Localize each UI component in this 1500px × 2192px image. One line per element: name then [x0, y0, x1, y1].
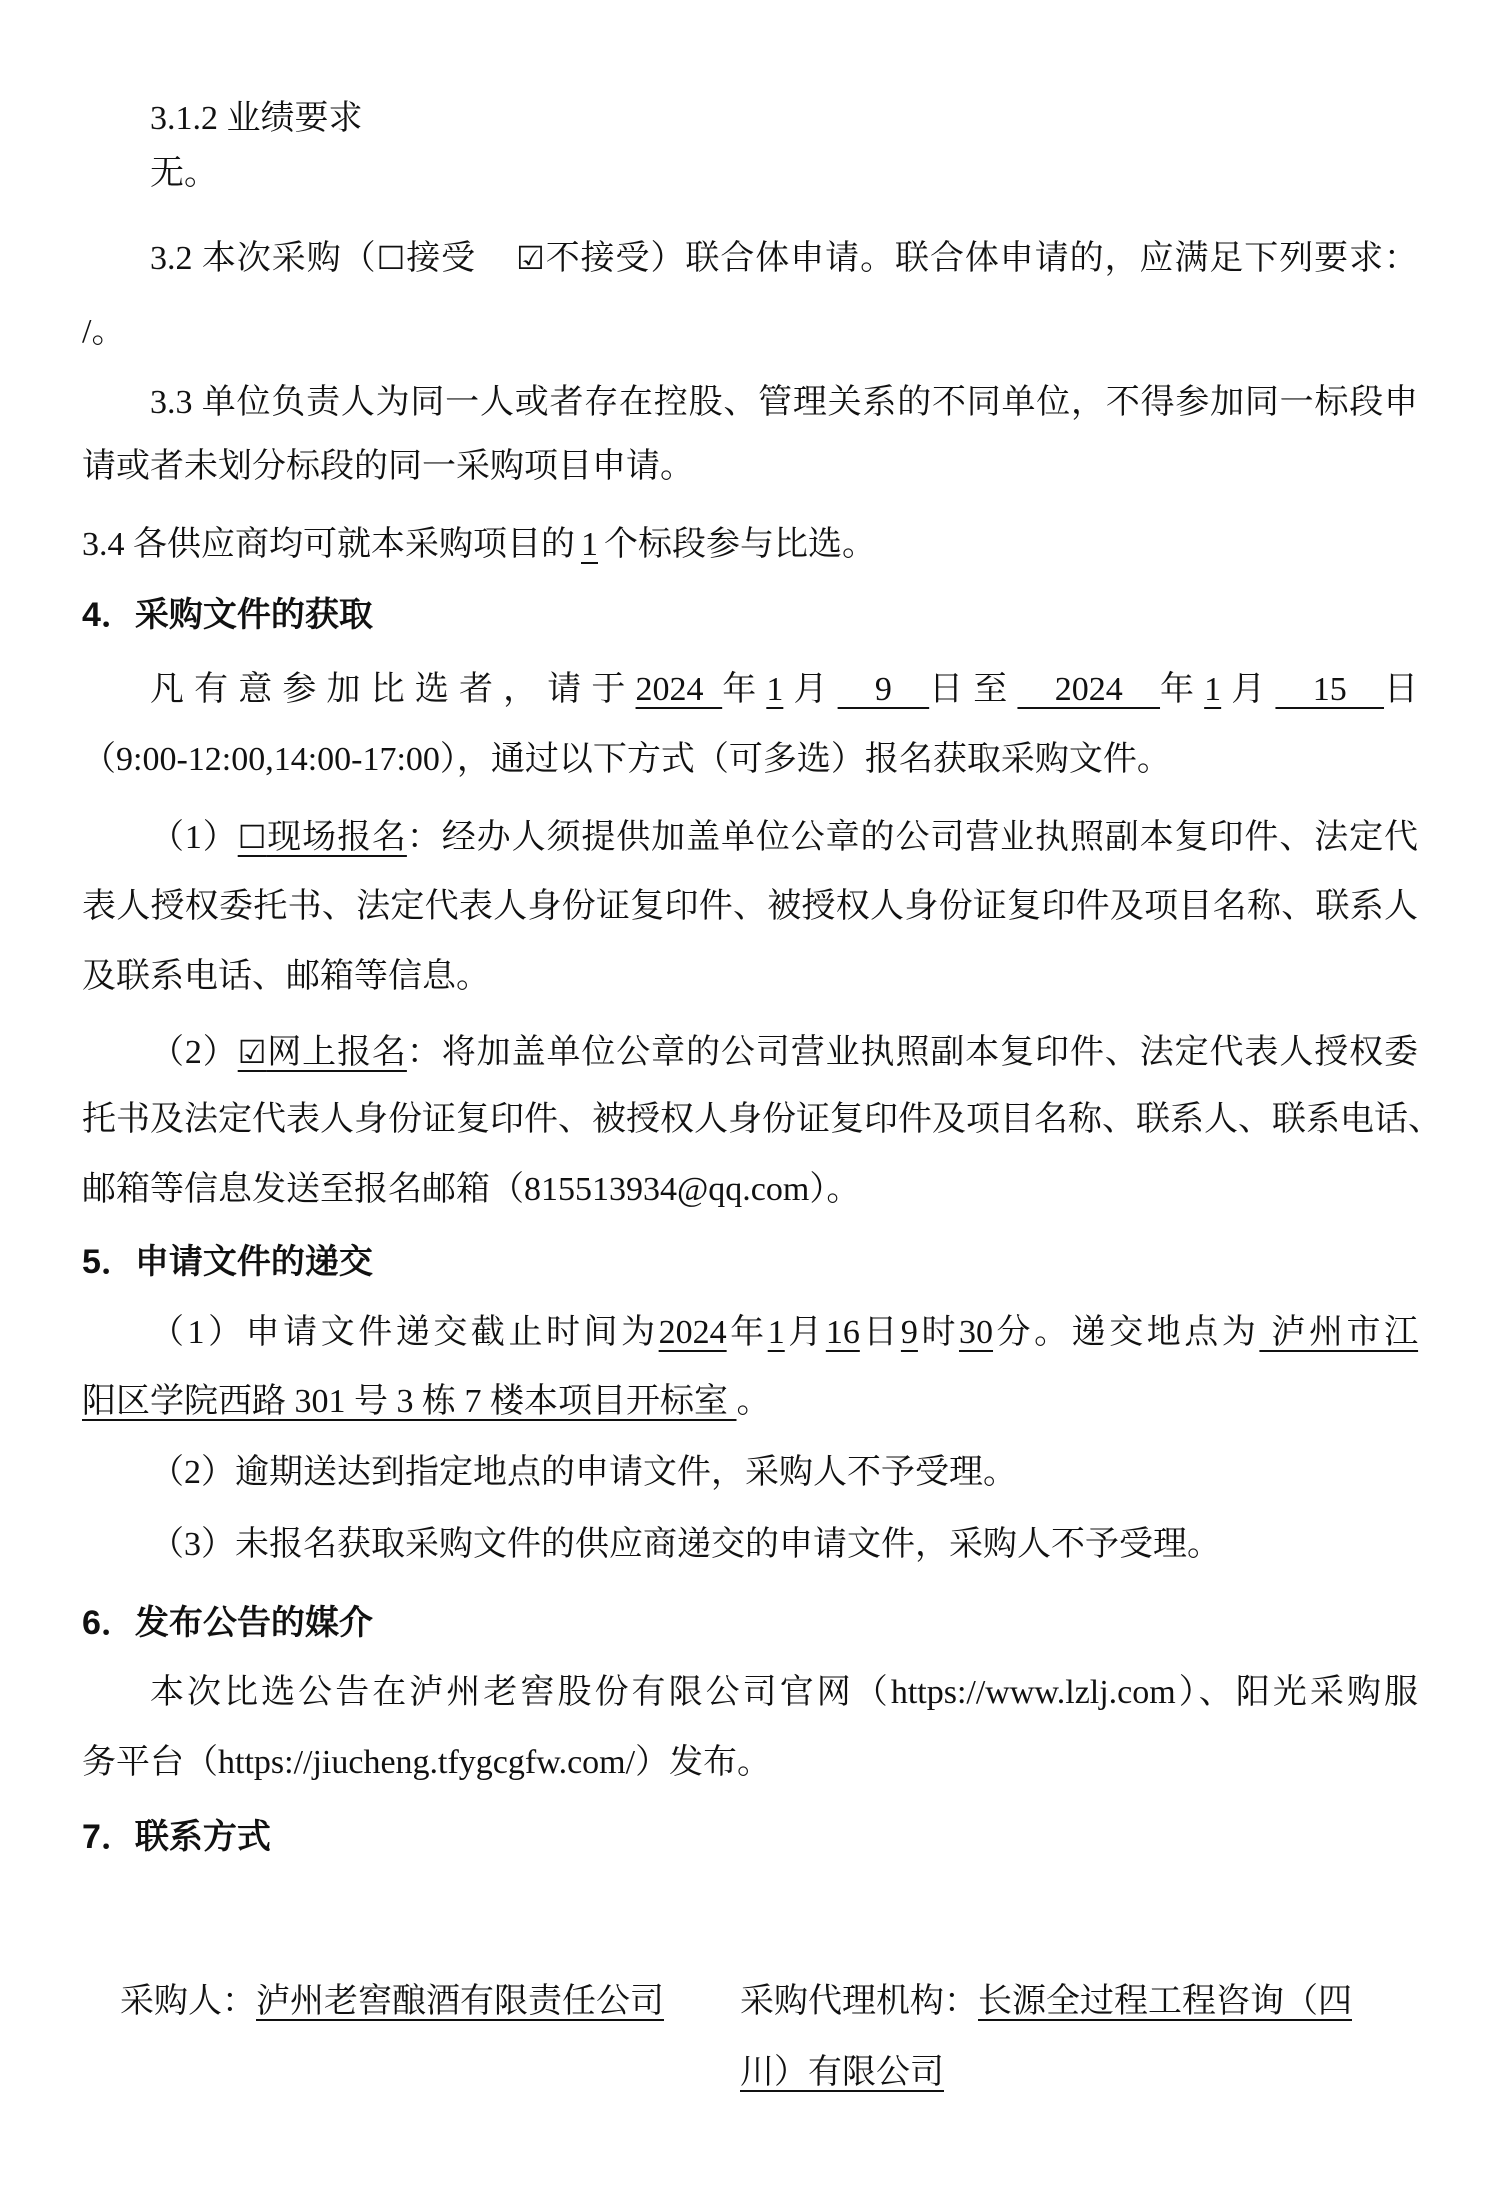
method-2-title: 网上报名: [266, 1034, 407, 1071]
official-site-url: https://www.lzlj.com: [891, 1674, 1176, 1711]
section-5-heading: 5．申请文件的递交: [82, 1227, 373, 1297]
agency-line-2: 川）有限公司: [740, 2038, 944, 2108]
clause-3-1-2-body: 无。: [150, 139, 218, 209]
option-reject-label: 不接受: [545, 240, 651, 277]
year-unit: 年: [722, 671, 766, 708]
checkbox-unchecked-icon: ☐: [377, 239, 406, 277]
purchaser-label: 采购人：: [120, 1983, 256, 2020]
unregistered-text: 未报名获取采购文件的供应商递交的申请文件，采购人不予受理。: [235, 1526, 1221, 1563]
method-1-text-1: ：经办人须提供加盖单位公章的公司营业执照副本复印件、法定代: [407, 819, 1418, 856]
month-unit-2: 月: [1221, 671, 1275, 708]
unregistered-line: （3）未报名获取采购文件的供应商递交的申请文件，采购人不予受理。: [150, 1510, 1221, 1580]
media-line-1-lead: 本次比选公告在泸州老窖股份有限公司官网（: [150, 1674, 891, 1711]
method-2-text-2: 托书及法定代表人身份证复印件、被授权人身份证复印件及项目名称、联系人、联系电话、: [82, 1101, 1442, 1138]
submission-line-2: 阳区学院西路 301 号 3 栋 7 楼本项目开标室 。: [82, 1367, 771, 1437]
method-1-text-3: 及联系电话、邮箱等信息。: [82, 958, 490, 995]
location-line-1: 泸州市江: [1259, 1314, 1418, 1351]
deadline-month: 1: [768, 1314, 785, 1351]
clause-3-3-text-2: 请或者未划分标段的同一采购项目申请。: [82, 448, 694, 485]
method-2-line-2: 托书及法定代表人身份证复印件、被授权人身份证复印件及项目名称、联系人、联系电话、: [82, 1085, 1418, 1155]
day-unit: 日: [1384, 671, 1418, 708]
purchaser-line: 采购人：泸州老窖酿酒有限责任公司: [120, 1967, 664, 2037]
purchaser-name: 泸州老窖酿酒有限责任公司: [256, 1983, 664, 2020]
start-year: 2024: [636, 671, 723, 708]
section-6-heading-text: 6．发布公告的媒介: [82, 1604, 373, 1642]
media-line-2-tail: ）发布。: [635, 1744, 771, 1781]
deadline-minute-unit: 分。: [993, 1314, 1072, 1351]
location-line-2: 阳区学院西路 301 号 3 栋 7 楼本项目开标室: [82, 1383, 737, 1420]
section-5-heading-text: 5．申请文件的递交: [82, 1243, 373, 1281]
section-4-heading: 4．采购文件的获取: [82, 580, 373, 650]
clause-3-4-after: 个标段参与比选。: [604, 526, 876, 563]
method-1-line-3: 及联系电话、邮箱等信息。: [82, 942, 490, 1012]
end-year: 2024: [1017, 671, 1160, 708]
method-2-line-1: （2）☑网上报名：将加盖单位公章的公司营业执照副本复印件、法定代表人授权委: [150, 1017, 1418, 1087]
clause-3-2-requirement: /。: [82, 297, 125, 367]
section-4-heading-text: 4．采购文件的获取: [82, 596, 373, 634]
media-line-1-tail: ）、阳光采购服: [1176, 1674, 1418, 1711]
submission-line-1: （1）申请文件递交截止时间为2024年1月16日9时30分。递交地点为 泸州市江: [150, 1298, 1418, 1368]
checkbox-unchecked-icon: ☐: [238, 818, 267, 856]
media-line-2: 务平台（https://jiucheng.tfygcgfw.com/）发布。: [82, 1728, 771, 1798]
method-1-line-2: 表人授权委托书、法定代表人身份证复印件、被授权人身份证复印件及项目名称、联系人: [82, 872, 1418, 942]
email-tail: ）。: [809, 1171, 860, 1208]
section-6-heading: 6．发布公告的媒介: [82, 1588, 373, 1658]
start-day: 9: [838, 671, 930, 708]
clause-3-4-line: 3.4 各供应商均可就本采购项目的1个标段参与比选。: [82, 510, 876, 580]
day-to: 日至: [929, 671, 1017, 708]
period-lead: 凡有意参加比选者，请于: [150, 671, 636, 708]
agency-label: 采购代理机构：: [740, 1983, 978, 2020]
location-label: 递交地点为: [1072, 1314, 1260, 1351]
clause-3-2-suffix: ）联合体申请。联合体申请的，应满足下列要求：: [651, 240, 1419, 277]
late-submission-text: 逾期送达到指定地点的申请文件，采购人不予受理。: [235, 1454, 1017, 1491]
deadline-year-unit: 年: [727, 1314, 768, 1351]
method-2-line-3: 邮箱等信息发送至报名邮箱（815513934@qq.com）。: [82, 1155, 860, 1225]
deadline-hour-unit: 时: [918, 1314, 959, 1351]
deadline-hour: 9: [901, 1314, 918, 1351]
agency-name-1: 长源全过程工程咨询（四: [978, 1983, 1352, 2020]
method-1-title-underlined: ☐现场报名: [238, 819, 407, 856]
method-2-text-1: ：将加盖单位公章的公司营业执照副本复印件、法定代表人授权委: [407, 1034, 1418, 1071]
year-unit-2: 年: [1160, 671, 1204, 708]
deadline-minute: 30: [959, 1314, 993, 1351]
deadline-day-unit: 日: [860, 1314, 901, 1351]
month-unit: 月: [783, 671, 837, 708]
media-line-2-lead: 务平台（: [82, 1744, 218, 1781]
late-submission-number: （2）: [150, 1454, 235, 1491]
method-1-title: 现场报名: [266, 819, 407, 856]
start-month: 1: [766, 671, 783, 708]
clause-3-2-requirement-text: /。: [82, 313, 125, 350]
hours-text: （9:00-12:00,14:00-17:00），通过以下方式（可多选）报名获取…: [82, 741, 1171, 778]
end-day: 15: [1275, 671, 1384, 708]
agency-name-2: 川）有限公司: [740, 2054, 944, 2091]
clause-3-3-line-1: 3.3 单位负责人为同一人或者存在控股、管理关系的不同单位，不得参加同一标段申: [150, 368, 1418, 438]
unregistered-number: （3）: [150, 1526, 235, 1563]
clause-3-4-before: 3.4 各供应商均可就本采购项目的: [82, 526, 575, 563]
deadline-year: 2024: [659, 1314, 727, 1351]
registration-email: 815513934@qq.com: [524, 1171, 809, 1208]
method-1-line-1: （1）☐现场报名：经办人须提供加盖单位公章的公司营业执照副本复印件、法定代: [150, 802, 1418, 872]
clause-3-2-prefix: 3.2 本次采购（: [150, 240, 377, 277]
clause-3-2-line: 3.2 本次采购（☐接受☑不接受）联合体申请。联合体申请的，应满足下列要求：: [150, 223, 1418, 293]
method-2-title-underlined: ☑网上报名: [238, 1034, 407, 1071]
method-1-number: （1）: [150, 819, 238, 856]
deadline-month-unit: 月: [785, 1314, 826, 1351]
method-2-number: （2）: [150, 1034, 238, 1071]
hours-line: （9:00-12:00,14:00-17:00），通过以下方式（可多选）报名获取…: [82, 725, 1171, 795]
submission-number: （1）: [150, 1314, 246, 1351]
email-lead: 邮箱等信息发送至报名邮箱（: [82, 1171, 524, 1208]
submission-lead: 申请文件递交截止时间为: [246, 1314, 659, 1351]
checkbox-checked-icon: ☑: [238, 1033, 267, 1071]
platform-site-url: https://jiucheng.tfygcgfw.com/: [218, 1744, 635, 1781]
section-7-heading: 7．联系方式: [82, 1802, 271, 1872]
late-submission-line: （2）逾期送达到指定地点的申请文件，采购人不予受理。: [150, 1438, 1017, 1508]
clause-3-1-2-title-text: 3.1.2 业绩要求: [150, 100, 363, 137]
agency-line-1: 采购代理机构：长源全过程工程咨询（四: [740, 1967, 1352, 2037]
media-line-1: 本次比选公告在泸州老窖股份有限公司官网（https://www.lzlj.com…: [150, 1658, 1418, 1728]
clause-3-1-2-body-text: 无。: [150, 155, 218, 192]
lot-count: 1: [575, 526, 604, 563]
document-page: 3.1.2 业绩要求 无。 3.2 本次采购（☐接受☑不接受）联合体申请。联合体…: [0, 0, 1500, 2192]
checkbox-checked-icon: ☑: [516, 239, 545, 277]
section-7-heading-text: 7．联系方式: [82, 1818, 271, 1856]
option-accept-label: 接受: [405, 240, 476, 277]
location-end: 。: [737, 1383, 771, 1420]
deadline-day: 16: [826, 1314, 860, 1351]
end-month: 1: [1204, 671, 1221, 708]
method-1-text-2: 表人授权委托书、法定代表人身份证复印件、被授权人身份证复印件及项目名称、联系人: [82, 888, 1418, 925]
clause-3-3-text-1: 3.3 单位负责人为同一人或者存在控股、管理关系的不同单位，不得参加同一标段申: [150, 384, 1418, 421]
clause-3-3-line-2: 请或者未划分标段的同一采购项目申请。: [82, 432, 694, 502]
period-line: 凡有意参加比选者，请于2024 年1月 9 日至 2024 年1月 15 日: [150, 655, 1418, 725]
